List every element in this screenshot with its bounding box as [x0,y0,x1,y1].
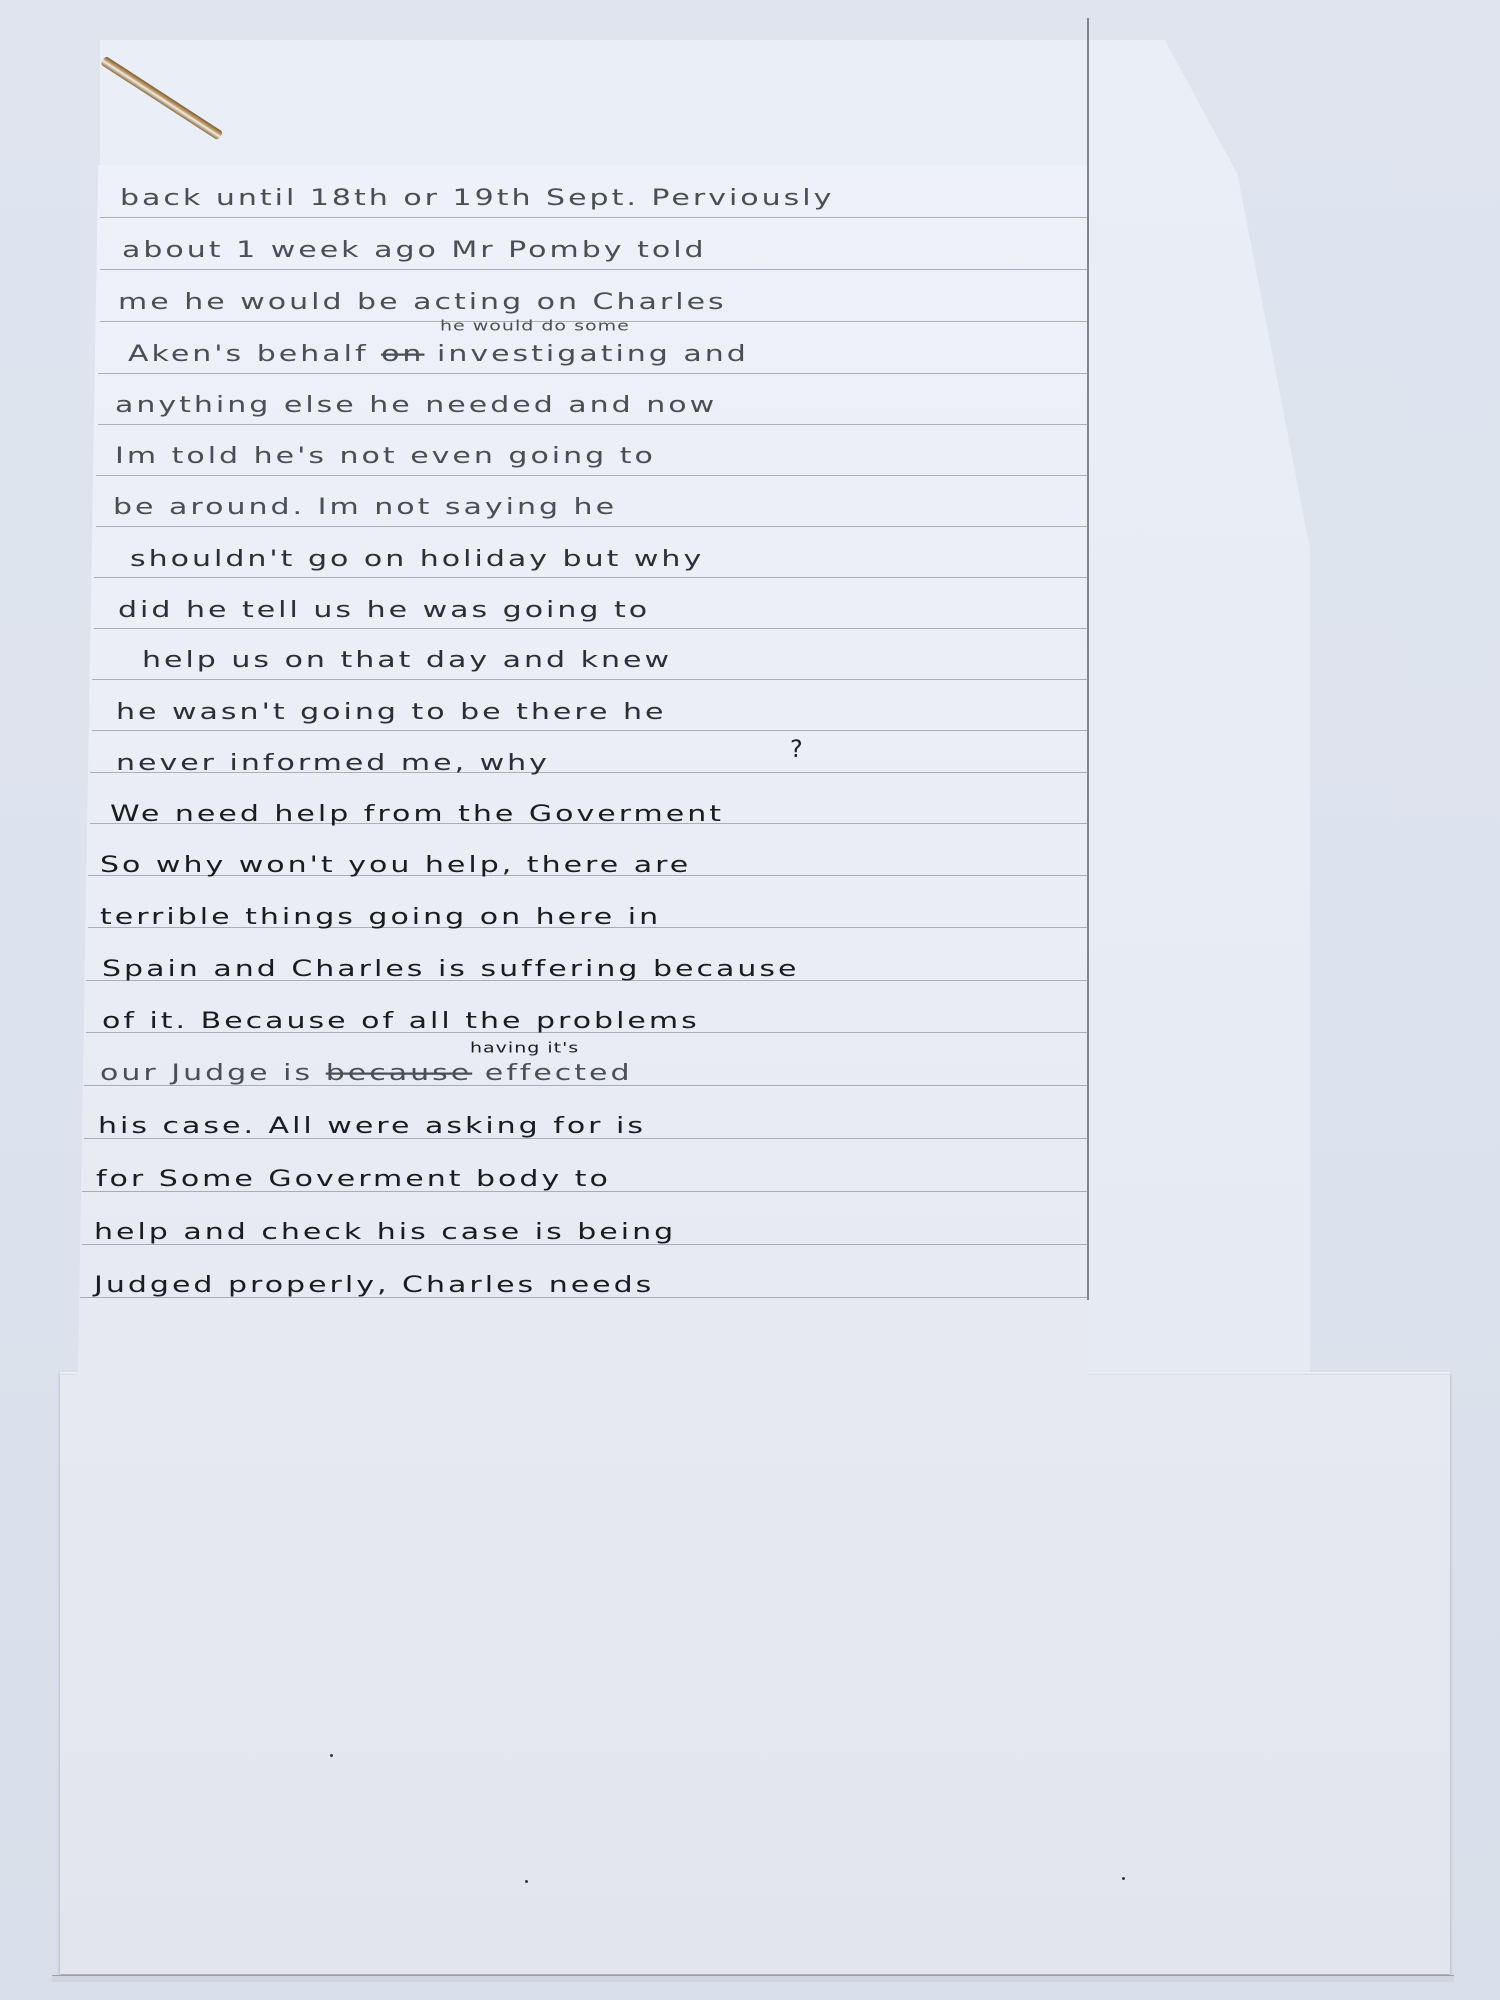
ruled-line [100,217,1088,218]
line-text: Aken's behalf [128,341,369,367]
handwritten-line: help us on that day and knew [142,647,672,673]
handwritten-line: help and check his case is being [94,1219,676,1245]
ruled-line [98,424,1088,425]
speck [1122,1877,1125,1880]
handwritten-line: our Judge is because effected [100,1060,633,1086]
ruled-line [94,577,1088,578]
handwritten-line: his case. All were asking for is [98,1113,646,1139]
line-text: investigating and [437,341,749,367]
struck-word: on [381,341,424,367]
handwritten-line: Judged properly, Charles needs [94,1272,654,1298]
ruled-line [100,269,1088,270]
inserted-text: he would do some [440,318,630,335]
ruled-line [92,730,1088,731]
handwritten-line: back until 18th or 19th Sept. Perviously [120,185,834,211]
handwritten-line: We need help from the Goverment [110,801,724,827]
handwritten-line: of it. Because of all the problems [102,1008,700,1034]
speck [330,1754,333,1757]
line-text: effected [485,1060,633,1086]
handwritten-line: Aken's behalf on investigating and [128,341,749,367]
ruled-line [98,373,1088,374]
handwritten-line: terrible things going on here in [100,904,661,930]
sheet-bottom-edge [52,1975,1454,1982]
handwritten-line: did he tell us he was going to [118,597,650,623]
line-text: our Judge is [100,1060,313,1086]
handwritten-line: So why won't you help, there are [100,852,691,878]
handwritten-line: about 1 week ago Mr Pomby told [122,237,707,263]
handwritten-line: Spain and Charles is suffering because [102,956,799,982]
inserted-text: having it's [470,1040,579,1057]
question-mark: ? [790,735,803,763]
handwritten-line: anything else he needed and now [115,392,717,418]
ruled-line [96,475,1088,476]
ruled-line [92,679,1088,680]
margin-line [1087,18,1089,1300]
struck-word: because [326,1060,472,1086]
background-sheet-bottom [60,1372,1450,1974]
handwritten-line: be around. Im not saying he [113,494,617,520]
handwritten-line: never informed me, why [116,750,550,776]
ruled-line [96,526,1088,527]
handwritten-line: me he would be acting on Charles [118,289,727,315]
handwritten-line: Im told he's not even going to [115,443,656,469]
speck [525,1880,528,1883]
handwritten-line: for Some Goverment body to [96,1166,611,1192]
handwritten-line: he wasn't going to be there he [116,699,667,725]
ruled-line [94,628,1088,629]
handwritten-line: shouldn't go on holiday but why [130,546,704,572]
